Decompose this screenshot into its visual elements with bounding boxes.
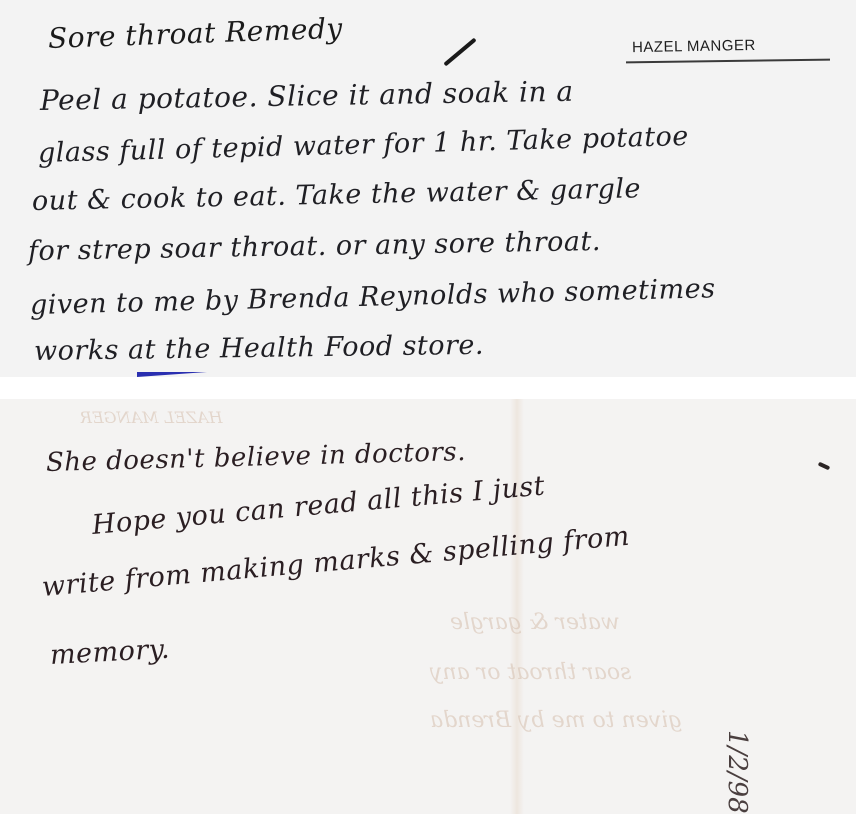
- recipe-title: Sore throat Remedy: [47, 12, 343, 55]
- bleed-through-text: HAZEL MANGER: [80, 408, 222, 427]
- card-fold-stain: [510, 399, 524, 814]
- recipe-line: glass full of tepid water for 1 hr. Take…: [38, 121, 690, 169]
- recipe-card-front: Sore throat Remedy HAZEL MANGER Peel a p…: [0, 0, 856, 377]
- note-line: memory.: [49, 634, 171, 671]
- bleed-through-text: given to me by Brenda: [430, 708, 682, 733]
- bleed-through-text: water & gargle: [450, 610, 620, 635]
- recipe-line: Peel a potatoe. Slice it and soak in a: [40, 75, 574, 117]
- author-underline: [626, 59, 830, 64]
- recipe-line: for strep soar throat. or any sore throa…: [28, 226, 601, 267]
- recipe-line: out & cook to eat. Take the water & garg…: [32, 173, 642, 217]
- recipe-line: works at the Health Food store.: [34, 330, 484, 367]
- recipe-line: given to me by Brenda Reynolds who somet…: [30, 273, 716, 321]
- card-separator: [0, 377, 856, 399]
- note-date: 1/2/98: [722, 730, 752, 814]
- bleed-through-text: soar throat or any: [430, 660, 631, 685]
- recipe-author: HAZEL MANGER: [632, 37, 756, 56]
- title-pen-stroke: [443, 38, 476, 67]
